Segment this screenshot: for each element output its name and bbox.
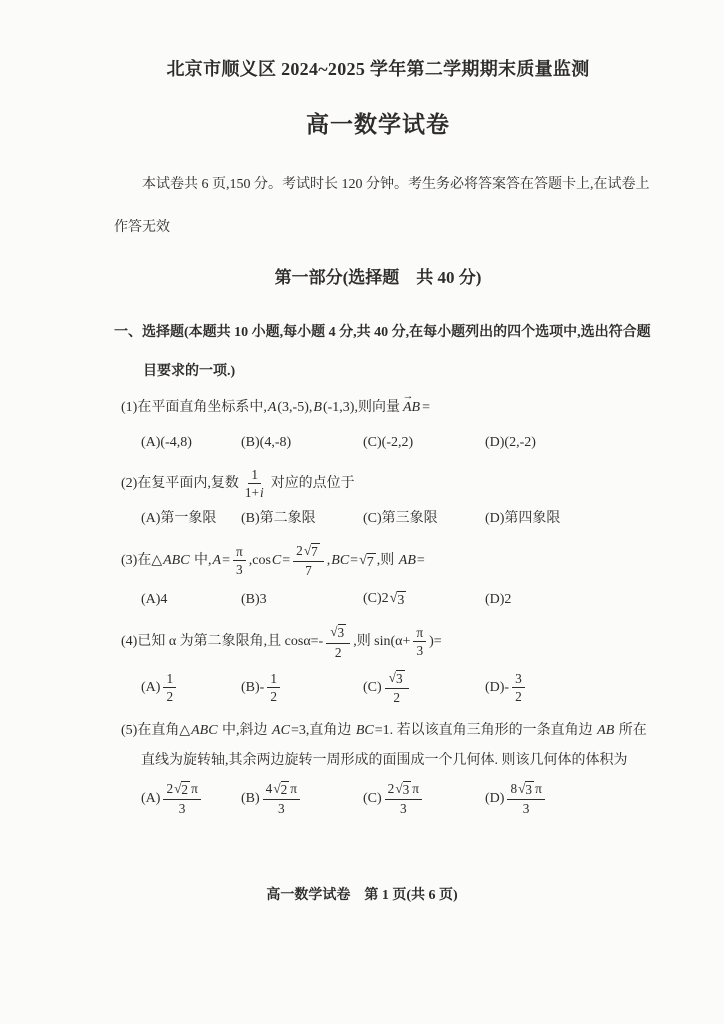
sqrt-radical: √3: [390, 591, 407, 610]
fraction: π3: [233, 544, 246, 578]
question-4-stem-line-1: (4)已知 α 为第二象限角,且 cosα=-√32,则 sin(α+π3)=: [114, 624, 642, 660]
question-1-option-D: (D)(2,-2): [485, 432, 536, 453]
mcq-section-intro-line-1: 一、选择题(本题共 10 小题,每小题 4 分,共 40 分,在每小题列出的四个…: [114, 324, 642, 342]
fraction-numerator: π: [233, 544, 246, 561]
fraction: √32: [385, 670, 409, 706]
question-2-option-C: (C)第三象限: [363, 508, 485, 529]
question-5-option-C: (C)2√3π3: [363, 781, 485, 817]
fraction-denominator: 3: [397, 800, 410, 816]
fraction-denominator: 2: [267, 688, 280, 704]
fraction-numerator: 2√7: [293, 543, 324, 563]
vector-arrow: AB: [401, 397, 422, 418]
fraction-numerator: √3: [385, 670, 409, 690]
sqrt-radical: √7: [359, 553, 376, 572]
fraction: 4√2π3: [263, 781, 300, 817]
radicand: 7: [367, 553, 376, 572]
math-variable: i: [259, 485, 265, 500]
radical-sign-icon: √: [518, 781, 525, 796]
radicand: 3: [338, 624, 347, 642]
sqrt-radical: √2: [174, 781, 190, 799]
math-variable: A: [212, 553, 223, 568]
radical-sign-icon: √: [395, 781, 402, 796]
question-5-stem-line-2: 直线为旋转轴,其余两边旋转一周形成的面围成一个几何体. 则该几何体的体积为: [114, 750, 642, 771]
fraction: 2√3π3: [385, 781, 422, 817]
math-variable: C: [271, 553, 282, 568]
math-variable: AB: [398, 553, 417, 568]
question-4-option-A: (A)12: [141, 671, 241, 705]
sqrt-radical: √3: [330, 624, 346, 642]
fraction-numerator: 2√2π: [163, 781, 200, 801]
exam-subtitle: 高一数学试卷: [114, 111, 642, 139]
exam-title: 北京市顺义区 2024~2025 学年第二学期期末质量监测: [114, 58, 642, 81]
fraction-numerator: 1: [248, 467, 261, 484]
fraction-numerator: 8√3π: [507, 781, 544, 801]
question-3-stem-line-1: (3)在△ABC 中,A=π3,cosC=2√77,BC=√7,则 AB=: [114, 543, 642, 579]
radical-sign-icon: √: [359, 553, 367, 569]
part1-heading: 第一部分(选择题 共 40 分): [114, 267, 642, 289]
question-4-option-B: (B)-12: [241, 671, 363, 705]
instructions-line-1: 本试卷共 6 页,150 分。考试时长 120 分钟。考生务必将答案答在答题卡上…: [114, 176, 642, 194]
fraction-denominator: 2: [332, 644, 345, 660]
question-5-option-B: (B)4√2π3: [241, 781, 363, 817]
question-1-options: (A)(-4,8)(B)(4,-8)(C)(-2,2)(D)(2,-2): [114, 432, 642, 453]
question-2: (2)在复平面内,复数11+i对应的点位于(A)第一象限(B)第二象限(C)第三…: [114, 467, 642, 529]
sqrt-radical: √3: [389, 670, 405, 688]
question-2-option-B: (B)第二象限: [241, 508, 363, 529]
question-1-option-C: (C)(-2,2): [363, 432, 485, 453]
fraction: 8√3π3: [507, 781, 544, 817]
question-3-option-A: (A)4: [141, 589, 241, 610]
question-2-options: (A)第一象限(B)第二象限(C)第三象限(D)第四象限: [114, 508, 642, 529]
radical-sign-icon: √: [174, 781, 181, 796]
question-4: (4)已知 α 为第二象限角,且 cosα=-√32,则 sin(α+π3)=(…: [114, 624, 642, 706]
fraction-denominator: 3: [413, 642, 426, 658]
question-3-option-D: (D)2: [485, 589, 511, 610]
question-3-options: (A)4(B)3(C)2√3(D)2: [114, 588, 642, 610]
question-5-stem-line-1: (5)在直角△ABC 中,斜边 AC=3,直角边 BC=1. 若以该直角三角形的…: [114, 720, 642, 741]
fraction-numerator: 4√2π: [263, 781, 300, 801]
radical-sign-icon: √: [304, 543, 311, 558]
question-1-stem-line-1: (1)在平面直角坐标系中,A(3,-5),B(-1,3),则向量AB=: [114, 397, 642, 418]
radicand: 7: [311, 543, 320, 561]
fraction-denominator: 2: [390, 689, 403, 705]
question-list: (1)在平面直角坐标系中,A(3,-5),B(-1,3),则向量AB=(A)(-…: [114, 397, 642, 817]
sqrt-radical: √3: [395, 781, 411, 799]
question-2-option-D: (D)第四象限: [485, 508, 560, 529]
fraction-numerator: 1: [267, 671, 280, 688]
math-variable: ABC: [190, 723, 218, 738]
fraction: 12: [163, 671, 176, 705]
fraction: 11+i: [242, 467, 268, 501]
question-5-option-D: (D)8√3π3: [485, 781, 548, 817]
sqrt-radical: √2: [273, 781, 289, 799]
math-variable: ABC: [162, 553, 190, 568]
fraction-numerator: π: [413, 625, 426, 642]
question-3-option-C: (C)2√3: [363, 588, 485, 610]
question-3-option-B: (B)3: [241, 589, 363, 610]
question-2-option-A: (A)第一象限: [141, 508, 241, 529]
radicand: 2: [181, 781, 190, 799]
radicand: 3: [397, 591, 406, 610]
question-5: (5)在直角△ABC 中,斜边 AC=3,直角边 BC=1. 若以该直角三角形的…: [114, 720, 642, 817]
fraction-numerator: 3: [512, 671, 525, 688]
fraction-denominator: 7: [302, 562, 315, 578]
question-5-options: (A)2√2π3(B)4√2π3(C)2√3π3(D)8√3π3: [114, 781, 642, 817]
question-3: (3)在△ABC 中,A=π3,cosC=2√77,BC=√7,则 AB=(A)…: [114, 543, 642, 610]
question-2-stem-line-1: (2)在复平面内,复数11+i对应的点位于: [114, 467, 642, 501]
fraction-denominator: 3: [233, 561, 246, 577]
fraction-denominator: 2: [512, 688, 525, 704]
page-footer: 高一数学试卷 第 1 页(共 6 页): [0, 884, 724, 904]
fraction-numerator: √3: [326, 624, 350, 644]
fraction: √32: [326, 624, 350, 660]
instructions-line-2: 作答无效: [114, 219, 642, 237]
math-variable: A: [267, 400, 278, 415]
question-5-option-A: (A)2√2π3: [141, 781, 241, 817]
question-1-option-A: (A)(-4,8): [141, 432, 241, 453]
fraction-denominator: 3: [275, 800, 288, 816]
radical-sign-icon: √: [390, 591, 398, 607]
fraction-denominator: 1+i: [242, 484, 268, 500]
fraction: 2√77: [293, 543, 324, 579]
fraction: π3: [413, 625, 426, 659]
radicand: 2: [281, 781, 290, 799]
question-4-option-C: (C)√32: [363, 670, 485, 706]
math-variable: AB: [596, 723, 615, 738]
question-1-option-B: (B)(4,-8): [241, 432, 363, 453]
sqrt-radical: √3: [518, 781, 534, 799]
fraction-denominator: 3: [176, 800, 189, 816]
fraction: 2√2π3: [163, 781, 200, 817]
radical-sign-icon: √: [273, 781, 280, 796]
radical-sign-icon: √: [330, 624, 337, 639]
fraction-numerator: 2√3π: [385, 781, 422, 801]
fraction-denominator: 3: [520, 800, 533, 816]
question-1: (1)在平面直角坐标系中,A(3,-5),B(-1,3),则向量AB=(A)(-…: [114, 397, 642, 453]
question-4-option-D: (D)-32: [485, 671, 528, 705]
mcq-section-intro-line-2: 目要求的一项.): [114, 363, 642, 381]
math-variable: AC: [271, 723, 291, 738]
math-variable: BC: [330, 553, 350, 568]
radicand: 3: [403, 781, 412, 799]
fraction: 12: [267, 671, 280, 705]
radicand: 3: [525, 781, 534, 799]
fraction-numerator: 1: [163, 671, 176, 688]
math-variable: BC: [355, 723, 375, 738]
radical-sign-icon: √: [389, 670, 396, 685]
sqrt-radical: √7: [304, 543, 320, 561]
fraction-denominator: 2: [163, 688, 176, 704]
radicand: 3: [396, 670, 405, 688]
fraction: 32: [512, 671, 525, 705]
question-4-options: (A)12(B)-12(C)√32(D)-32: [114, 670, 642, 706]
exam-page: 北京市顺义区 2024~2025 学年第二学期期末质量监测 高一数学试卷 本试卷…: [0, 0, 724, 1024]
math-variable: B: [312, 400, 323, 415]
